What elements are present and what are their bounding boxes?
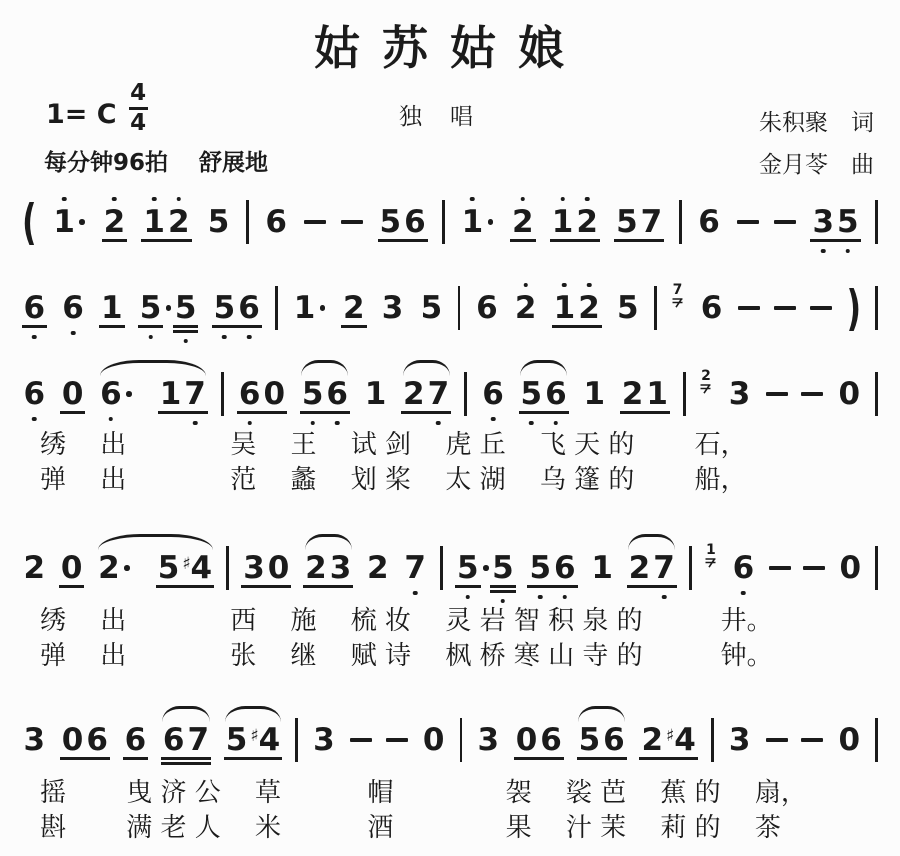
note-group: 3 (727, 377, 752, 411)
note-digit: 2 (512, 204, 534, 240)
note-digit: 2 (515, 290, 537, 326)
barline (689, 546, 692, 590)
barline (683, 372, 686, 416)
barline (460, 718, 463, 762)
underline (835, 239, 861, 242)
octave-dot (112, 197, 117, 202)
note-group: 0 (60, 377, 85, 411)
lyric-line: 绣 出 吴 王 试 剑 虎 丘 飞 天 的 石， (0, 428, 900, 463)
note-group: 56 (300, 377, 349, 411)
note-group: 35 (811, 205, 860, 239)
note-digit: 0 (62, 376, 84, 412)
grace-slide-icon (671, 297, 684, 308)
note-group: 1 (100, 291, 125, 325)
note: 3 (812, 205, 834, 239)
note-digit: 4 (674, 722, 696, 758)
slur-arc (628, 534, 675, 550)
note-digit: 1 (294, 290, 316, 326)
sharp-sign: ♯ (666, 726, 674, 746)
extension-dash (386, 738, 408, 743)
note: 0 (264, 377, 286, 411)
underline (490, 590, 516, 593)
slur-arc (225, 706, 280, 722)
note-digit: 3 (812, 204, 834, 240)
note-digit: 6 (163, 722, 185, 758)
underline (550, 239, 576, 242)
octave-dot (587, 283, 592, 288)
note-digit: 4 (259, 722, 281, 758)
underline (324, 411, 350, 414)
underline (138, 325, 164, 328)
note-digit: 6 (326, 376, 348, 412)
note-digit: 5 (140, 290, 162, 326)
note-group: 0 (838, 551, 863, 585)
note-group: 1 (460, 205, 495, 239)
song-title: 姑苏姑娘 (0, 12, 900, 78)
underline (182, 411, 208, 414)
octave-dot (183, 339, 188, 344)
extension-dash (801, 392, 823, 397)
note-group: 23 (304, 551, 353, 585)
note-group: 3 (380, 291, 405, 325)
note-digit: 5 (226, 722, 248, 758)
octave-dot (821, 249, 826, 254)
underline (156, 585, 182, 588)
extension-dash (801, 738, 823, 743)
note-group: 55 (138, 291, 198, 325)
note: 5 (214, 291, 236, 325)
note-digit: 2 (343, 290, 365, 326)
underline (224, 757, 250, 760)
note: 6 (482, 377, 504, 411)
note-group: 2 (366, 551, 391, 585)
underline (664, 757, 698, 760)
underline (186, 757, 212, 760)
note: 6 (24, 291, 46, 325)
underline (123, 757, 149, 760)
barline (654, 286, 657, 330)
note-digit: 4 (191, 550, 213, 586)
note-group: 3 (312, 723, 337, 757)
note-digit: 3 (24, 722, 46, 758)
note-group: 12 (552, 291, 601, 325)
extension-dash (803, 566, 825, 571)
note-digit: 7 (641, 204, 663, 240)
underline (186, 762, 212, 765)
note: 6 (326, 377, 348, 411)
note: 6 (62, 291, 84, 325)
octave-dot (310, 421, 315, 426)
grace-note: 2 (699, 369, 712, 394)
augmentation-dot (126, 391, 132, 397)
note-digit: 2 (367, 550, 389, 586)
note-digit: 3 (313, 722, 335, 758)
note: 5 (492, 551, 514, 585)
note-group: 3 (22, 723, 47, 757)
score-line: 3066675♯430306562♯430 (0, 710, 900, 770)
barline (275, 286, 278, 330)
underline (60, 757, 86, 760)
underline (514, 757, 540, 760)
grace-note: 7 (671, 283, 684, 308)
note-group: 1 (582, 377, 607, 411)
note: 1 (591, 551, 613, 585)
grace-slide-icon (704, 557, 717, 568)
slur-arc (301, 360, 348, 376)
octave-dot (585, 197, 590, 202)
note-digit: 3 (729, 722, 751, 758)
underline (490, 585, 516, 588)
note-group: 56 (212, 291, 261, 325)
note-group: 1 (590, 551, 615, 585)
underline (510, 239, 536, 242)
sheet-music-page: 姑苏姑娘 1= C 4 4 独唱 朱积聚 词 每分钟96拍 舒展地 金月苓 曲 … (0, 0, 900, 856)
lyricist-credit: 朱积聚 词 (759, 104, 874, 137)
underline (303, 585, 329, 588)
underline (237, 411, 263, 414)
note-digit: 2 (641, 722, 663, 758)
underline (620, 411, 646, 414)
header: 姑苏姑娘 1= C 4 4 独唱 朱积聚 词 每分钟96拍 舒展地 金月苓 曲 (0, 0, 900, 178)
octave-dot (148, 335, 153, 340)
note-group: 0 (837, 377, 862, 411)
octave-dot (562, 283, 567, 288)
octave-dot (335, 421, 340, 426)
note: 6 (125, 723, 147, 757)
underline (552, 585, 578, 588)
note-digit: 7 (184, 376, 206, 412)
note: 3 (477, 723, 499, 757)
note: 5 (457, 551, 479, 585)
note: 3 (729, 723, 751, 757)
note-digit: 7 (428, 376, 450, 412)
underline (627, 585, 653, 588)
note: 1 (143, 205, 165, 239)
underline (341, 325, 367, 328)
note: 6 (698, 205, 720, 239)
barline (221, 372, 224, 416)
note-group: 6 (264, 205, 289, 239)
note-digit: 1 (554, 290, 576, 326)
octave-dot (554, 421, 559, 426)
note-group: 5 (419, 291, 444, 325)
barline (226, 546, 229, 590)
octave-dot (71, 331, 76, 336)
note-digit: 5 (457, 550, 479, 586)
barline (875, 718, 878, 762)
note-group: 2 (102, 205, 127, 239)
note-digit: 5 (492, 550, 514, 586)
underline (212, 325, 238, 328)
underline (639, 757, 665, 760)
note-group: 56 (378, 205, 427, 239)
note: 6 (701, 291, 723, 325)
note-group: 0 (59, 551, 84, 585)
note: 2 (576, 205, 598, 239)
note-digit: 6 (554, 550, 576, 586)
slur-arc (520, 360, 567, 376)
note: 2 (403, 377, 425, 411)
underline (402, 239, 428, 242)
note-digit: 6 (476, 290, 498, 326)
extension-dash (774, 220, 796, 225)
note-digit: 5 (302, 376, 324, 412)
note-group: 56 (577, 723, 626, 757)
extension-dash (738, 306, 760, 311)
note: 2 (24, 551, 46, 585)
underline (161, 762, 187, 765)
underline (810, 239, 836, 242)
note-digit: 6 (125, 722, 147, 758)
note-digit: 0 (423, 722, 445, 758)
underline (639, 239, 665, 242)
note-group: 6 (731, 551, 756, 585)
note: 1 (294, 291, 316, 325)
underline (84, 757, 110, 760)
note-group: 6 (22, 291, 47, 325)
parenthesis: ) (847, 280, 862, 337)
note-digit: 2 (98, 550, 120, 586)
note-digit: 3 (729, 376, 751, 412)
note: 0 (62, 377, 84, 411)
underline (180, 585, 214, 588)
note-group: 0 (421, 723, 446, 757)
slur-arc (403, 360, 450, 376)
note: 1 (160, 377, 182, 411)
parenthesis: ( (22, 194, 37, 251)
note: 1 (583, 377, 605, 411)
note-group: 6 (123, 723, 148, 757)
note-group: 25♯4 (97, 551, 214, 585)
note-digit: 1 (143, 204, 165, 240)
note: 1 (646, 377, 668, 411)
note-digit: 6 (540, 722, 562, 758)
barline (246, 200, 249, 244)
slur-arc (305, 534, 352, 550)
note-group: 06 (514, 723, 563, 757)
underline (158, 411, 184, 414)
octave-dot (846, 249, 851, 254)
note-digit: 1 (552, 204, 574, 240)
note: 0 (268, 551, 290, 585)
note-group: 6 (699, 291, 724, 325)
note-group: 6 (22, 377, 47, 411)
underline (59, 585, 85, 588)
grace-note-digit: 2 (701, 369, 711, 383)
note-digit: 6 (545, 376, 567, 412)
note-group: 30 (242, 551, 291, 585)
slur-arc (162, 706, 209, 722)
note-digit: 6 (86, 722, 108, 758)
note: 0 (62, 723, 84, 757)
note-digit: 5 (837, 204, 859, 240)
note-digit: 1 (365, 376, 387, 412)
note: 5 (175, 291, 197, 325)
octave-dot (741, 591, 746, 596)
underline (401, 411, 427, 414)
note: 2 (367, 551, 389, 585)
note-digit: 5 (529, 550, 551, 586)
note: 3 (24, 723, 46, 757)
note: 7 (188, 723, 210, 757)
extension-dash (774, 306, 796, 311)
note: 6 (86, 723, 108, 757)
extension-dash (304, 220, 326, 225)
barline (711, 718, 714, 762)
note: ♯4 (666, 723, 696, 757)
underline (173, 330, 199, 333)
note: 6 (404, 205, 426, 239)
note-group: 12 (142, 205, 191, 239)
note-group: 56 (528, 551, 577, 585)
octave-dot (32, 417, 37, 422)
note-group: 6 (61, 291, 86, 325)
note: 5 (421, 291, 443, 325)
underline (262, 411, 288, 414)
note-group: 56 (519, 377, 568, 411)
underline (236, 325, 262, 328)
note: 3 (313, 723, 335, 757)
note-digit: 5 (208, 204, 230, 240)
barline (875, 546, 878, 590)
underline (574, 239, 600, 242)
note: 2 (168, 205, 190, 239)
note-digit: 1 (53, 204, 75, 240)
note-digit: 3 (477, 722, 499, 758)
note: 3 (243, 551, 265, 585)
note-group: 21 (620, 377, 669, 411)
augmentation-dot (320, 305, 326, 311)
octave-dot (662, 595, 667, 600)
octave-dot (520, 197, 525, 202)
octave-dot (222, 335, 227, 340)
note-group: 60 (237, 377, 286, 411)
note-digit: 2 (104, 204, 126, 240)
underline (166, 239, 192, 242)
note-digit: 3 (330, 550, 352, 586)
note: 6 (163, 723, 185, 757)
composer-credit: 金月苓 曲 (759, 146, 874, 179)
note-digit: 5 (421, 290, 443, 326)
underline (99, 325, 125, 328)
note-digit: 3 (382, 290, 404, 326)
note: 5 (208, 205, 230, 239)
underline (527, 585, 553, 588)
note: 6 (238, 291, 260, 325)
grace-note: 1 (704, 543, 717, 568)
octave-dot (109, 417, 114, 422)
note: 2 (343, 291, 365, 325)
note-digit: 3 (243, 550, 265, 586)
extension-dash (810, 306, 832, 311)
underline (614, 239, 640, 242)
note-group: 6 (481, 377, 506, 411)
octave-dot (413, 591, 418, 596)
note-group: 12 (550, 205, 599, 239)
lyric-line: 弹 出 范 蠡 划 桨 太 湖 乌 篷 的 船， (0, 463, 900, 498)
note: ♯4 (250, 723, 280, 757)
note-group: 617 (99, 377, 208, 411)
note: 0 (839, 723, 861, 757)
note-group: 1 (292, 291, 327, 325)
note-digit: 1 (646, 376, 668, 412)
underline (378, 239, 404, 242)
octave-dot (247, 335, 252, 340)
octave-dot (32, 335, 37, 340)
note-group: 27 (402, 377, 451, 411)
note: 7 (184, 377, 206, 411)
underline (601, 757, 627, 760)
note-digit: 2 (629, 550, 651, 586)
underline (300, 411, 326, 414)
note: 6 (100, 377, 122, 411)
note: 6 (603, 723, 625, 757)
note-digit: 0 (516, 722, 538, 758)
note: 2 (629, 551, 651, 585)
octave-dot (529, 421, 534, 426)
octave-dot (501, 599, 506, 604)
note: 1 (462, 205, 484, 239)
note: 2 (512, 205, 534, 239)
octave-dot (247, 421, 252, 426)
note: 6 (554, 551, 576, 585)
note: 6 (239, 377, 261, 411)
note-digit: 5 (380, 204, 402, 240)
octave-dot (523, 283, 528, 288)
underline (644, 411, 670, 414)
note-digit: 6 (482, 376, 504, 412)
barline (442, 200, 445, 244)
underline (552, 325, 578, 328)
note-digit: 7 (404, 550, 426, 586)
note: 2 (98, 551, 120, 585)
score-line: 661555612356212576) (0, 278, 900, 338)
barline (458, 286, 461, 330)
underline (173, 325, 199, 328)
note: 5 (158, 551, 180, 585)
octave-dot (62, 197, 67, 202)
tempo-marking: 每分钟96拍 舒展地 (44, 144, 268, 177)
slur-arc (98, 534, 213, 550)
augmentation-dot (483, 565, 489, 571)
note: 7 (641, 205, 663, 239)
slur-arc (100, 360, 207, 376)
note: 6 (540, 723, 562, 757)
note: 7 (428, 377, 450, 411)
note-digit: 2 (622, 376, 644, 412)
note-group: 6 (475, 291, 500, 325)
note: 2 (104, 205, 126, 239)
octave-dot (193, 421, 198, 426)
extension-dash (769, 566, 791, 571)
note-digit: 0 (268, 550, 290, 586)
note-digit: 5 (158, 550, 180, 586)
note: 1 (554, 291, 576, 325)
grace-note-digit: 1 (706, 543, 716, 557)
octave-dot (466, 595, 471, 600)
note: 5 (302, 377, 324, 411)
note: 2 (515, 291, 537, 325)
barline (464, 372, 467, 416)
octave-dot (560, 197, 565, 202)
score-line: (12125656121257635 (0, 192, 900, 252)
note-group: 3 (727, 723, 752, 757)
note-group: 2♯4 (640, 723, 697, 757)
note: 1 (53, 205, 75, 239)
underline (519, 411, 545, 414)
underline (426, 411, 452, 414)
underline (60, 411, 86, 414)
